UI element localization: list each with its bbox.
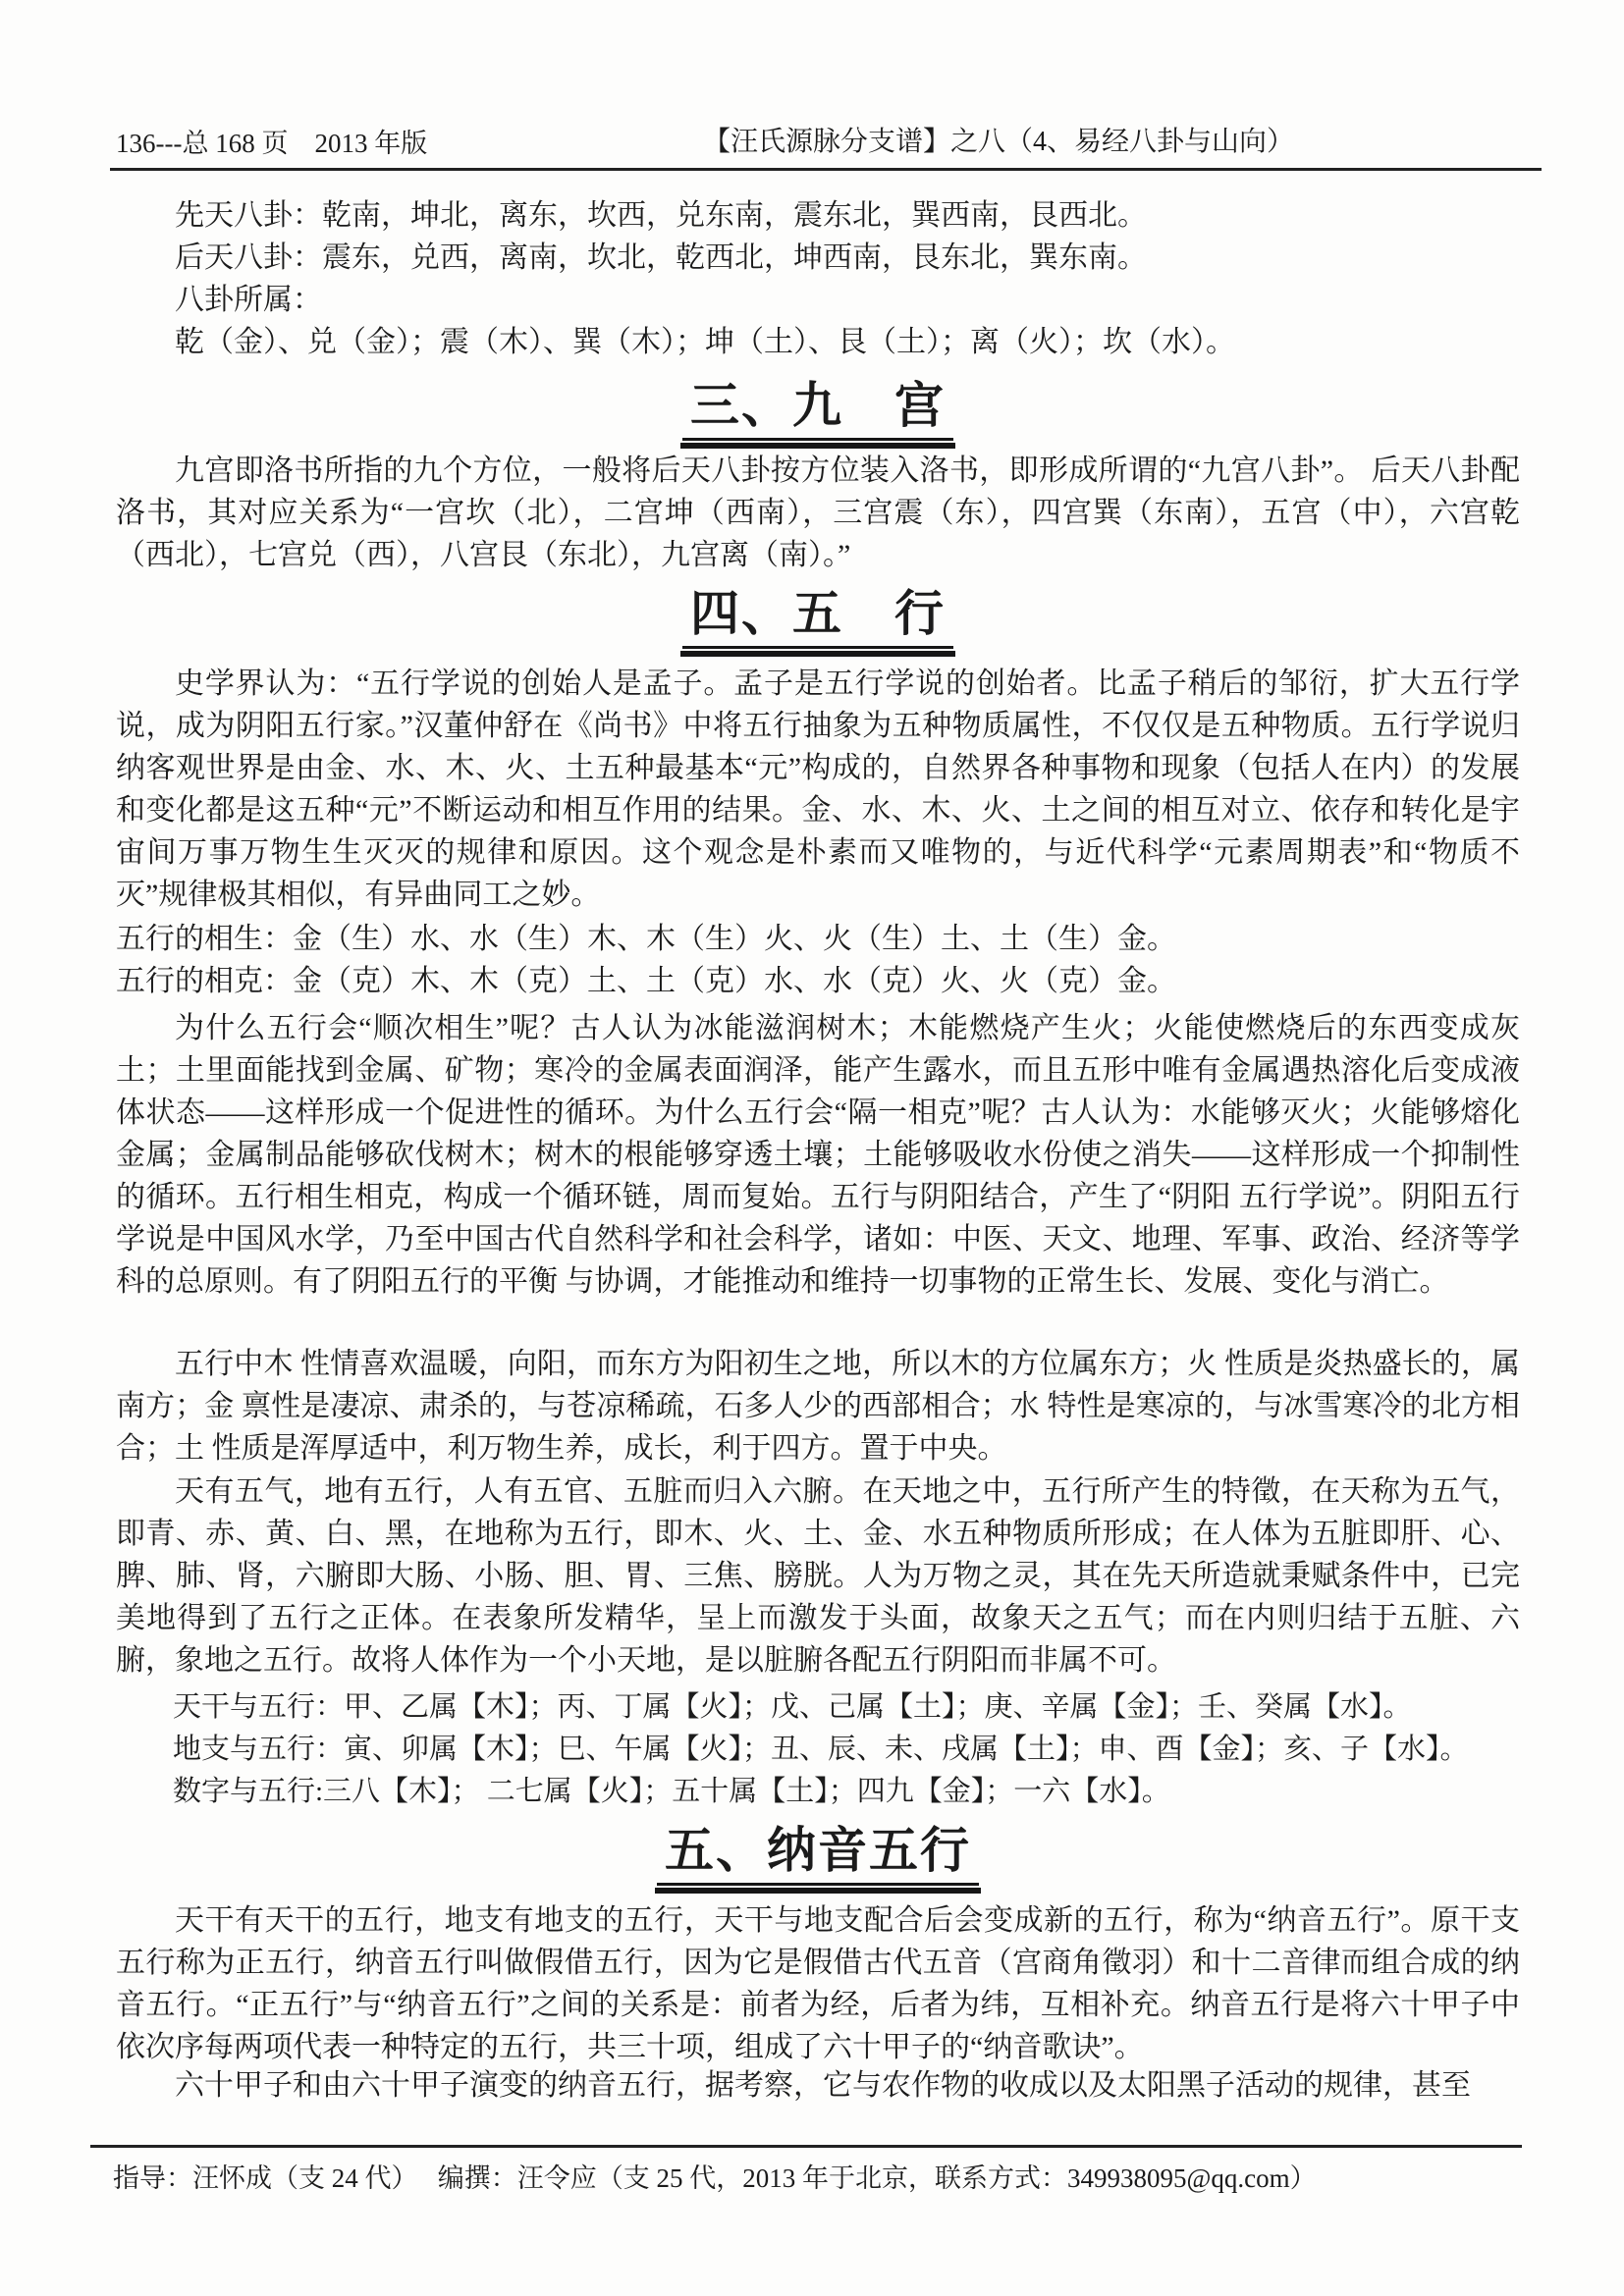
paragraph-wuxing-body: 天有五气，地有五行，人有五官、五脏而归入六腑。在天地之中，五行所产生的特徵，在天… [116, 1470, 1520, 1682]
text-line-xiangke: 五行的相克：金（克）木、木（克）土、土（克）水、水（克）火、火（克）金。 [116, 960, 1520, 1002]
header-rule [110, 168, 1542, 171]
intro-block: 先天八卦：乾南，坤北，离东，坎西，兑东南，震东北，巽西南，艮西北。 后天八卦：震… [116, 194, 1520, 363]
scanned-book-page: 136---总 168 页 2013 年版 【汪氏源脉分支谱】之八（4、易经八卦… [0, 0, 1624, 2296]
section-heading-nayin: 五、纳音五行 [116, 1822, 1520, 1886]
section-heading-jiugong: 三、九 宫 [116, 377, 1520, 441]
wuxing-mapping-lines: 天干与五行：甲、乙属【木】；丙、丁属【火】；戊、己属【土】；庚、辛属【金】；壬、… [116, 1686, 1520, 1813]
footer-credits: 指导：汪怀成（支 24 代） 编撰：汪令应（支 25 代，2013 年于北京，联… [113, 2162, 1317, 2195]
section-heading-jiugong-text: 三、九 宫 [682, 377, 953, 441]
text-line-shuzi-wuxing: 数字与五行:三八【木】； 二七属【火】；五十属【土】；四九【金】；一六【水】。 [116, 1771, 1520, 1813]
wuxing-cycle-lines: 五行的相生：金（生）水、水（生）木、木（生）火、火（生）土、土（生）金。 五行的… [116, 918, 1520, 1002]
text-line-houtian-bagua: 后天八卦：震东，兑西，离南，坎北，乾西北，坤西南，艮东北，巽东南。 [116, 237, 1520, 279]
paragraph-wuxing-cycles: 为什么五行会“顺次相生”呢？古人认为冰能滋润树木；木能燃烧产生火；火能使燃烧后的… [116, 1007, 1520, 1303]
section-heading-wuxing-text: 四、五 行 [682, 585, 953, 649]
book-title: 【汪氏源脉分支谱】之八（4、易经八卦与山向） [703, 127, 1294, 158]
text-line-bagua-suoshu: 八卦所属： [116, 279, 1520, 321]
paragraph-wuxing-directions: 五行中木 性情喜欢温暖，向阳，而东方为阳初生之地，所以木的方位属东方；火 性质是… [116, 1343, 1520, 1469]
text-line-xiantian-bagua: 先天八卦：乾南，坤北，离东，坎西，兑东南，震东北，巽西南，艮西北。 [116, 194, 1520, 237]
paragraph-nayin-jiazi: 六十甲子和由六十甲子演变的纳音五行，据考察，它与农作物的收成以及太阳黑子活动的规… [116, 2064, 1520, 2107]
text-line-xiangsheng: 五行的相生：金（生）水、水（生）木、木（生）火、火（生）土、土（生）金。 [116, 918, 1520, 960]
paragraph-jiugong: 九宫即洛书所指的九个方位，一般将后天八卦按方位装入洛书，即形成所谓的“九宫八卦”… [116, 450, 1520, 576]
footer-rule [90, 2145, 1522, 2148]
text-line-tiangan-wuxing: 天干与五行：甲、乙属【木】；丙、丁属【火】；戊、己属【土】；庚、辛属【金】；壬、… [116, 1686, 1520, 1729]
text-line-dizhi-wuxing: 地支与五行：寅、卯属【木】；巳、午属【火】；丑、辰、未、戌属【土】；申、酉【金】… [116, 1729, 1520, 1771]
text-line-bagua-elements: 乾（金）、兑（金）；震（木）、巽（木）；坤（土）、艮（土）；离（火）；坎（水）。 [116, 321, 1520, 363]
page-number-edition: 136---总 168 页 2013 年版 [116, 128, 427, 159]
section-heading-wuxing: 四、五 行 [116, 585, 1520, 649]
section-heading-nayin-text: 五、纳音五行 [657, 1822, 979, 1886]
paragraph-nayin-intro: 天干有天干的五行，地支有地支的五行，天干与地支配合后会变成新的五行，称为“纳音五… [116, 1899, 1520, 2068]
paragraph-wuxing-origin: 史学界认为：“五行学说的创始人是孟子。孟子是五行学说的创始者。比孟子稍后的邹衍，… [116, 663, 1520, 916]
